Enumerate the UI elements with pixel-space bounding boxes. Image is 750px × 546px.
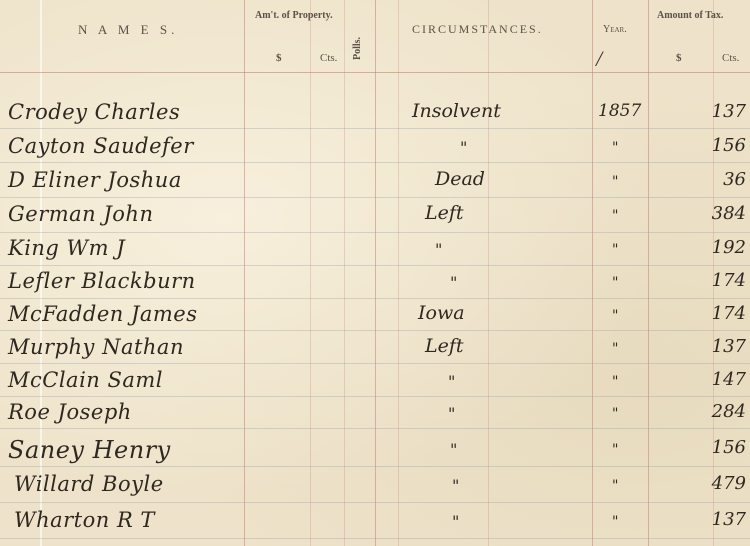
entry-name: McFadden James <box>8 302 198 326</box>
table-row: Saney Henry " " 156 <box>0 432 750 469</box>
entry-tax: 479 <box>700 473 746 494</box>
entry-name: D Eliner Joshua <box>8 168 182 192</box>
entry-year: " <box>612 140 618 156</box>
entry-name: Crodey Charles <box>8 100 180 124</box>
entry-tax: 156 <box>700 437 746 458</box>
entry-name: German John <box>8 202 154 226</box>
entry-tax: 137 <box>700 101 746 122</box>
entry-tax: 137 <box>700 509 746 530</box>
entry-year: " <box>612 374 618 390</box>
entry-circumstances: " <box>460 138 467 157</box>
entry-name: McClain Saml <box>8 368 163 392</box>
entry-year: " <box>612 174 618 190</box>
table-row: Crodey Charles Insolvent 1857 137 <box>0 96 750 133</box>
entry-name: Willard Boyle <box>14 472 164 496</box>
ledger-page: N A M E S. Am't. of Property. $ Cts. Pol… <box>0 0 750 546</box>
entry-tax: 284 <box>700 401 746 422</box>
header-rule <box>0 72 750 73</box>
table-row: McFadden James Iowa " 174 <box>0 298 750 335</box>
header-amount-of-property: Am't. of Property. <box>255 10 333 21</box>
header-names: N A M E S. <box>78 22 178 38</box>
entry-circumstances: Iowa <box>418 302 465 324</box>
entry-tax: 147 <box>700 369 746 390</box>
table-row: King Wm J " " 192 <box>0 232 750 269</box>
table-row: Cayton Saudefer " " 156 <box>0 130 750 167</box>
entry-circumstances: " <box>448 404 455 423</box>
entry-circumstances: Left <box>425 202 464 224</box>
header-polls: Polls. <box>352 37 363 60</box>
table-row: Willard Boyle " " 479 <box>0 468 750 505</box>
entry-tax: 156 <box>700 135 746 156</box>
entry-name: Lefler Blackburn <box>8 269 196 293</box>
entry-year: 1857 <box>598 101 641 121</box>
table-row: Roe Joseph " " 284 <box>0 396 750 433</box>
entry-circumstances: " <box>435 240 442 259</box>
entry-circumstances: Insolvent <box>412 100 501 122</box>
entry-circumstances: " <box>450 440 457 459</box>
entry-name: Cayton Saudefer <box>8 134 194 158</box>
entry-tax: 192 <box>700 237 746 258</box>
entry-tax: 174 <box>700 303 746 324</box>
header-tax-dollars: $ <box>676 52 682 64</box>
table-row: Lefler Blackburn " " 174 <box>0 265 750 302</box>
entry-year: " <box>612 478 618 494</box>
entry-name: Roe Joseph <box>8 400 132 424</box>
entry-circumstances: " <box>450 273 457 292</box>
entry-tax: 384 <box>700 203 746 224</box>
entry-name: Wharton R T <box>14 508 155 532</box>
header-year-mark: / <box>596 46 602 72</box>
entry-year: " <box>612 242 618 258</box>
header-year: Year. <box>603 24 627 35</box>
entry-tax: 137 <box>700 336 746 357</box>
entry-year: " <box>612 308 618 324</box>
entry-year: " <box>612 514 618 530</box>
header-property-dollars: $ <box>276 52 282 64</box>
entry-circumstances: Dead <box>435 168 485 190</box>
entry-year: " <box>612 341 618 357</box>
entry-tax: 174 <box>700 270 746 291</box>
header-amount-of-tax: Amount of Tax. <box>657 10 723 21</box>
table-row: Wharton R T " " 137 <box>0 504 750 541</box>
entry-year: " <box>612 442 618 458</box>
entry-year: " <box>612 208 618 224</box>
table-row: Murphy Nathan Left " 137 <box>0 331 750 368</box>
entry-name: Saney Henry <box>8 436 171 464</box>
header-property-cents: Cts. <box>320 52 337 64</box>
entry-name: Murphy Nathan <box>8 335 184 359</box>
entry-circumstances: " <box>452 476 459 495</box>
entry-circumstances: " <box>452 512 459 531</box>
entry-year: " <box>612 275 618 291</box>
entry-circumstances: " <box>448 372 455 391</box>
entry-year: " <box>612 406 618 422</box>
entry-name: King Wm J <box>8 236 125 260</box>
table-row: German John Left " 384 <box>0 198 750 235</box>
entry-circumstances: Left <box>425 335 464 357</box>
entry-tax: 36 <box>700 169 746 190</box>
header-tax-cents: Cts. <box>722 52 739 64</box>
table-row: D Eliner Joshua Dead " 36 <box>0 164 750 201</box>
header-circumstances: CIRCUMSTANCES. <box>412 22 543 37</box>
